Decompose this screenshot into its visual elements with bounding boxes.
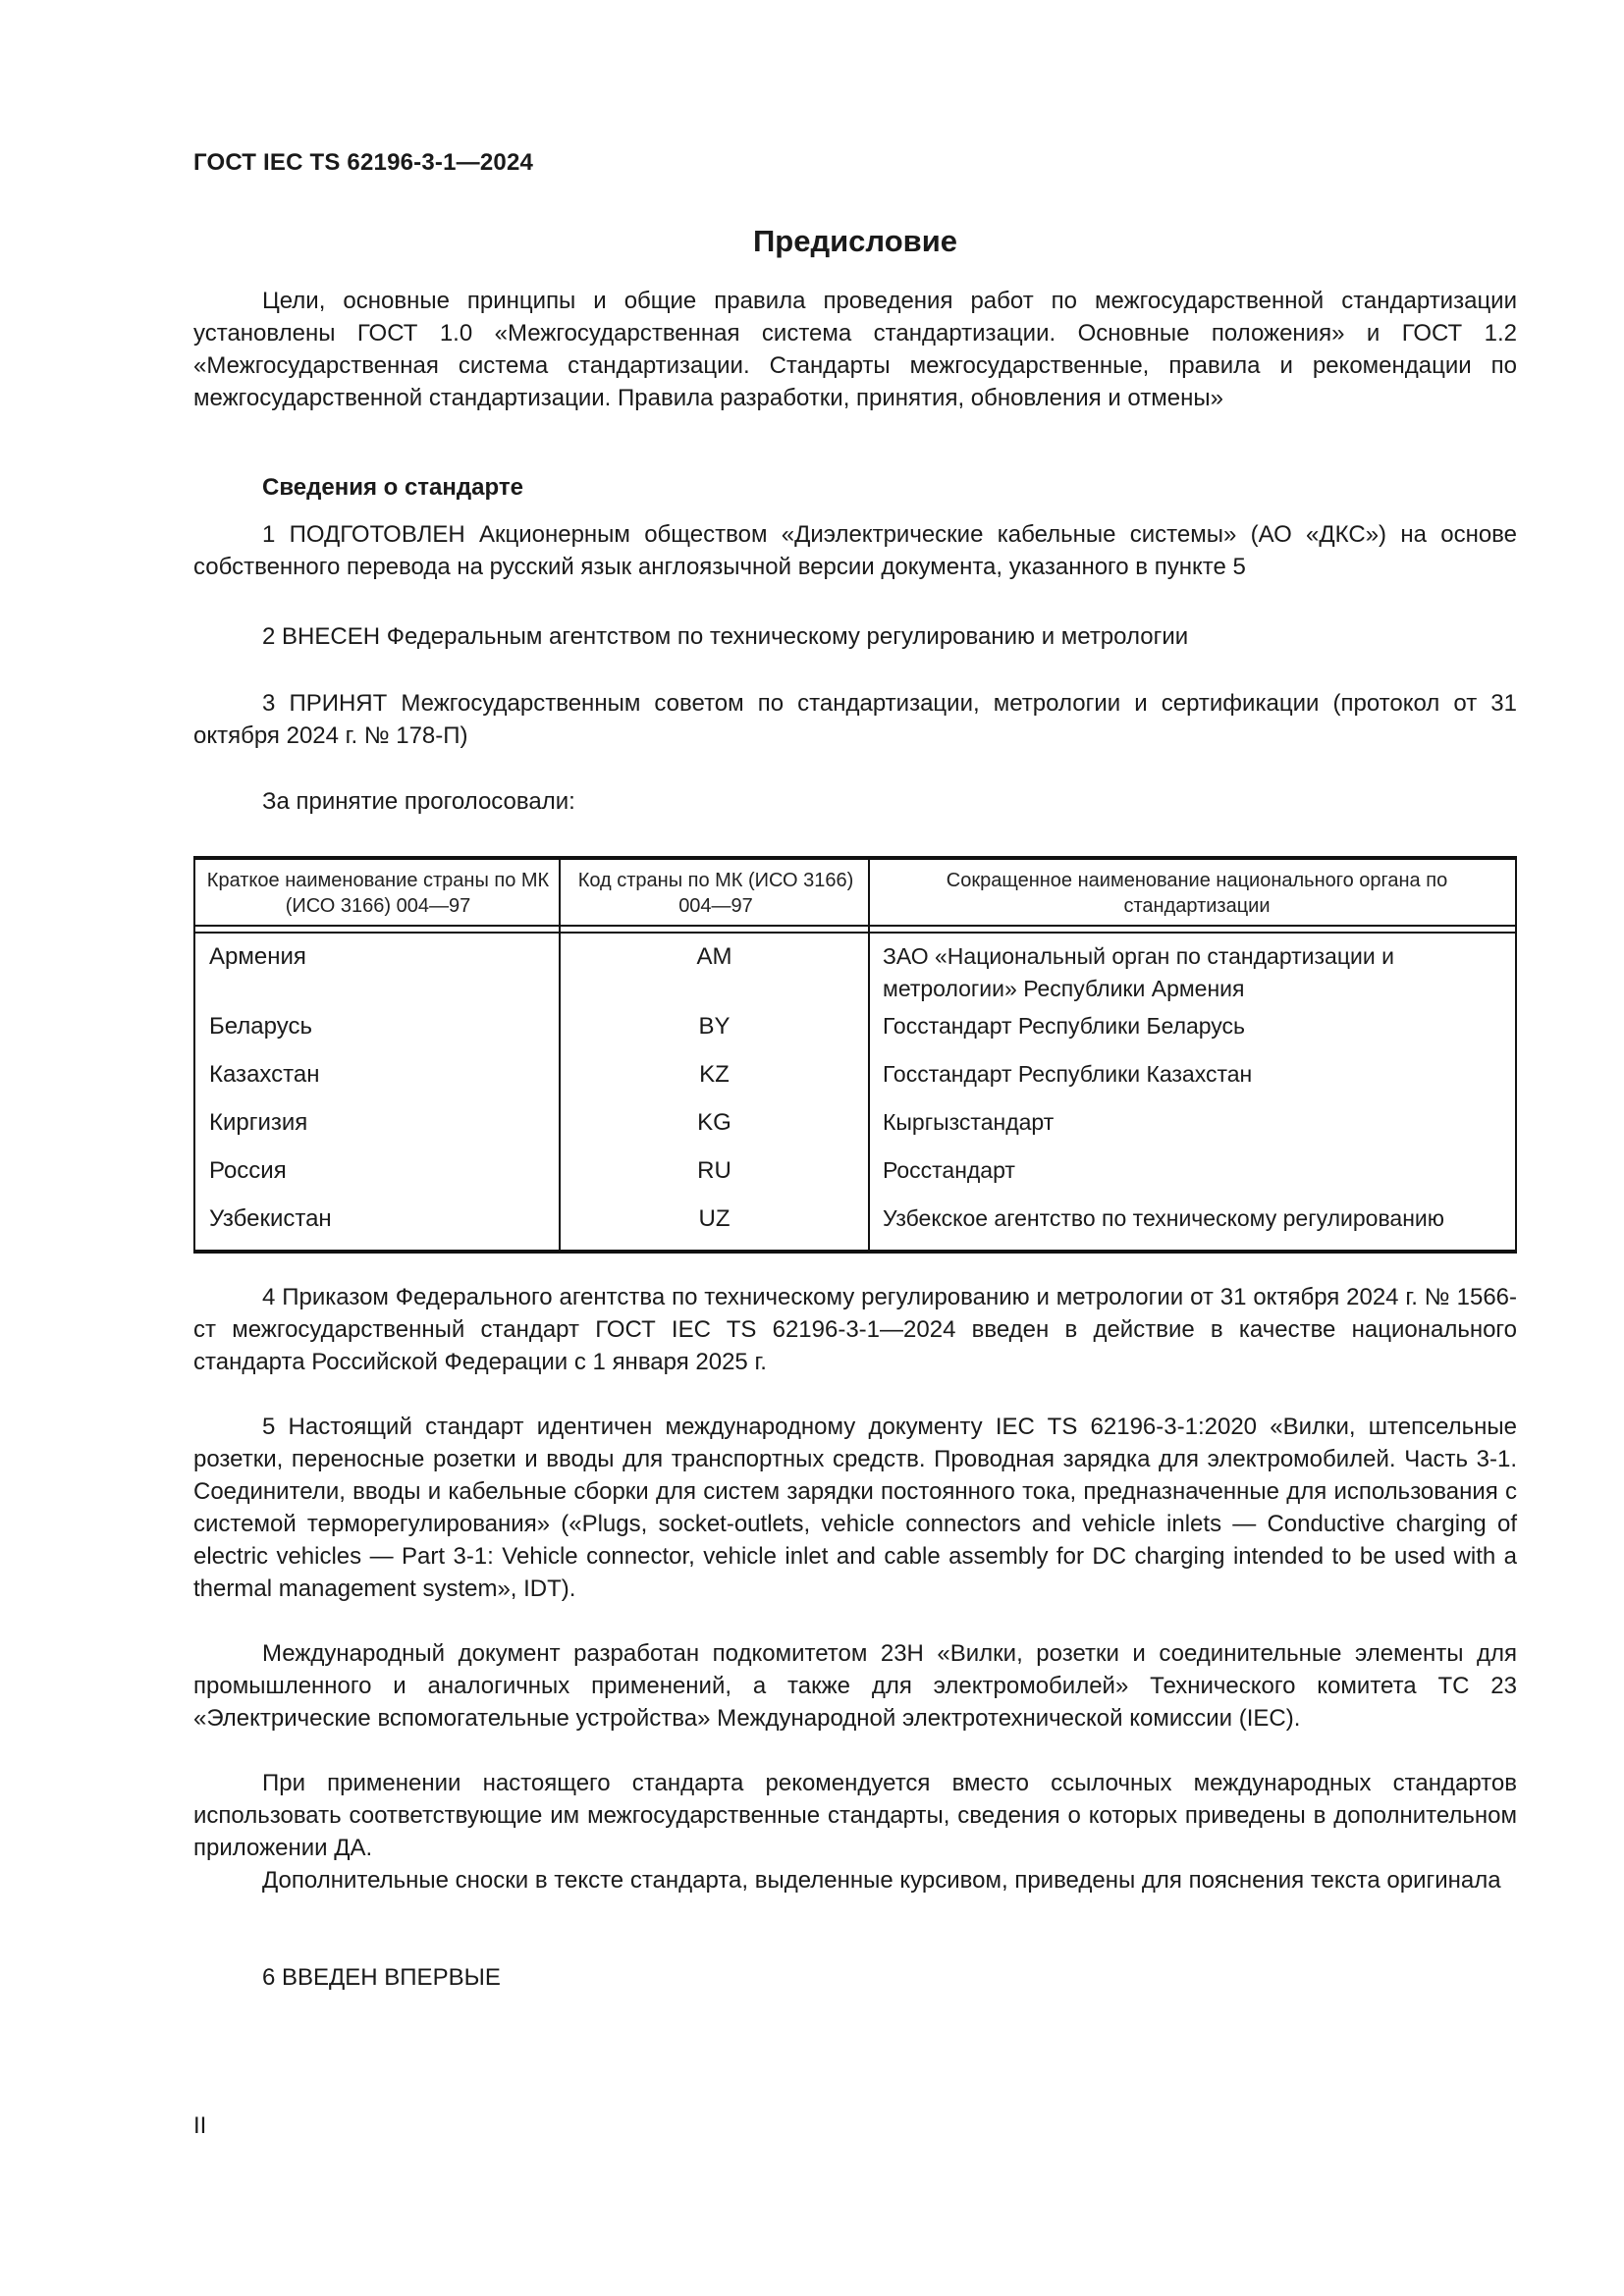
- voting-table: Краткое наименование страны по МК (ИСО 3…: [193, 856, 1517, 1254]
- item-3: 3 ПРИНЯТ Межгосударственным советом по с…: [193, 687, 1517, 752]
- item-5-paragraph-4: Дополнительные сноски в тексте стандарта…: [193, 1864, 1517, 1896]
- table-cell-country: Россия: [209, 1154, 543, 1187]
- item-6: 6 ВВЕДЕН ВПЕРВЫЕ: [193, 1961, 1517, 1994]
- table-cell-body: Росстандарт: [883, 1154, 1501, 1187]
- table-cell-code: BY: [561, 1010, 868, 1042]
- page-title: Предисловие: [193, 224, 1517, 259]
- section-heading: Сведения о стандарте: [193, 471, 1517, 504]
- table-cell-code: AM: [561, 940, 868, 973]
- table-cell-country: Узбекистан: [209, 1202, 543, 1235]
- table-cell-code: KG: [561, 1106, 868, 1139]
- item-5: 5 Настоящий стандарт идентичен междунаро…: [193, 1411, 1517, 1605]
- table-cell-country: Беларусь: [209, 1010, 543, 1042]
- table-cell-code: KZ: [561, 1058, 868, 1091]
- item-4: 4 Приказом Федерального агентства по тех…: [193, 1281, 1517, 1378]
- table-cell-body: ЗАО «Национальный орган по стандартизаци…: [883, 940, 1501, 1005]
- table-cell-body: Госстандарт Республики Беларусь: [883, 1010, 1501, 1042]
- table-cell-country: Казахстан: [209, 1058, 543, 1091]
- intro-paragraph: Цели, основные принципы и общие правила …: [193, 285, 1517, 414]
- item-1: 1 ПОДГОТОВЛЕН Акционерным обществом «Диэ…: [193, 518, 1517, 583]
- table-cell-country: Армения: [209, 940, 543, 973]
- page-number: II: [193, 2112, 206, 2140]
- table-header-body: Сокращенное наименование национального о…: [902, 868, 1491, 919]
- item-2: 2 ВНЕСЕН Федеральным агентством по техни…: [193, 620, 1517, 653]
- table-cell-code: RU: [561, 1154, 868, 1187]
- table-header-code: Код страны по МК (ИСО 3166) 004—97: [570, 868, 861, 919]
- table-cell-country: Киргизия: [209, 1106, 543, 1139]
- table-header-country: Краткое наименование страны по МК (ИСО 3…: [205, 868, 551, 919]
- voted-label: За принятие проголосовали:: [193, 785, 1517, 818]
- item-5-paragraph-2: Международный документ разработан подком…: [193, 1637, 1517, 1735]
- table-cell-code: UZ: [561, 1202, 868, 1235]
- table-cell-body: Узбекское агентство по техническому регу…: [883, 1202, 1501, 1235]
- table-cell-body: Госстандарт Республики Казахстан: [883, 1058, 1501, 1091]
- table-cell-body: Кыргызстандарт: [883, 1106, 1501, 1139]
- item-5-paragraph-3: При применении настоящего стандарта реко…: [193, 1767, 1517, 1864]
- document-code: ГОСТ IEC TS 62196-3-1—2024: [193, 149, 533, 177]
